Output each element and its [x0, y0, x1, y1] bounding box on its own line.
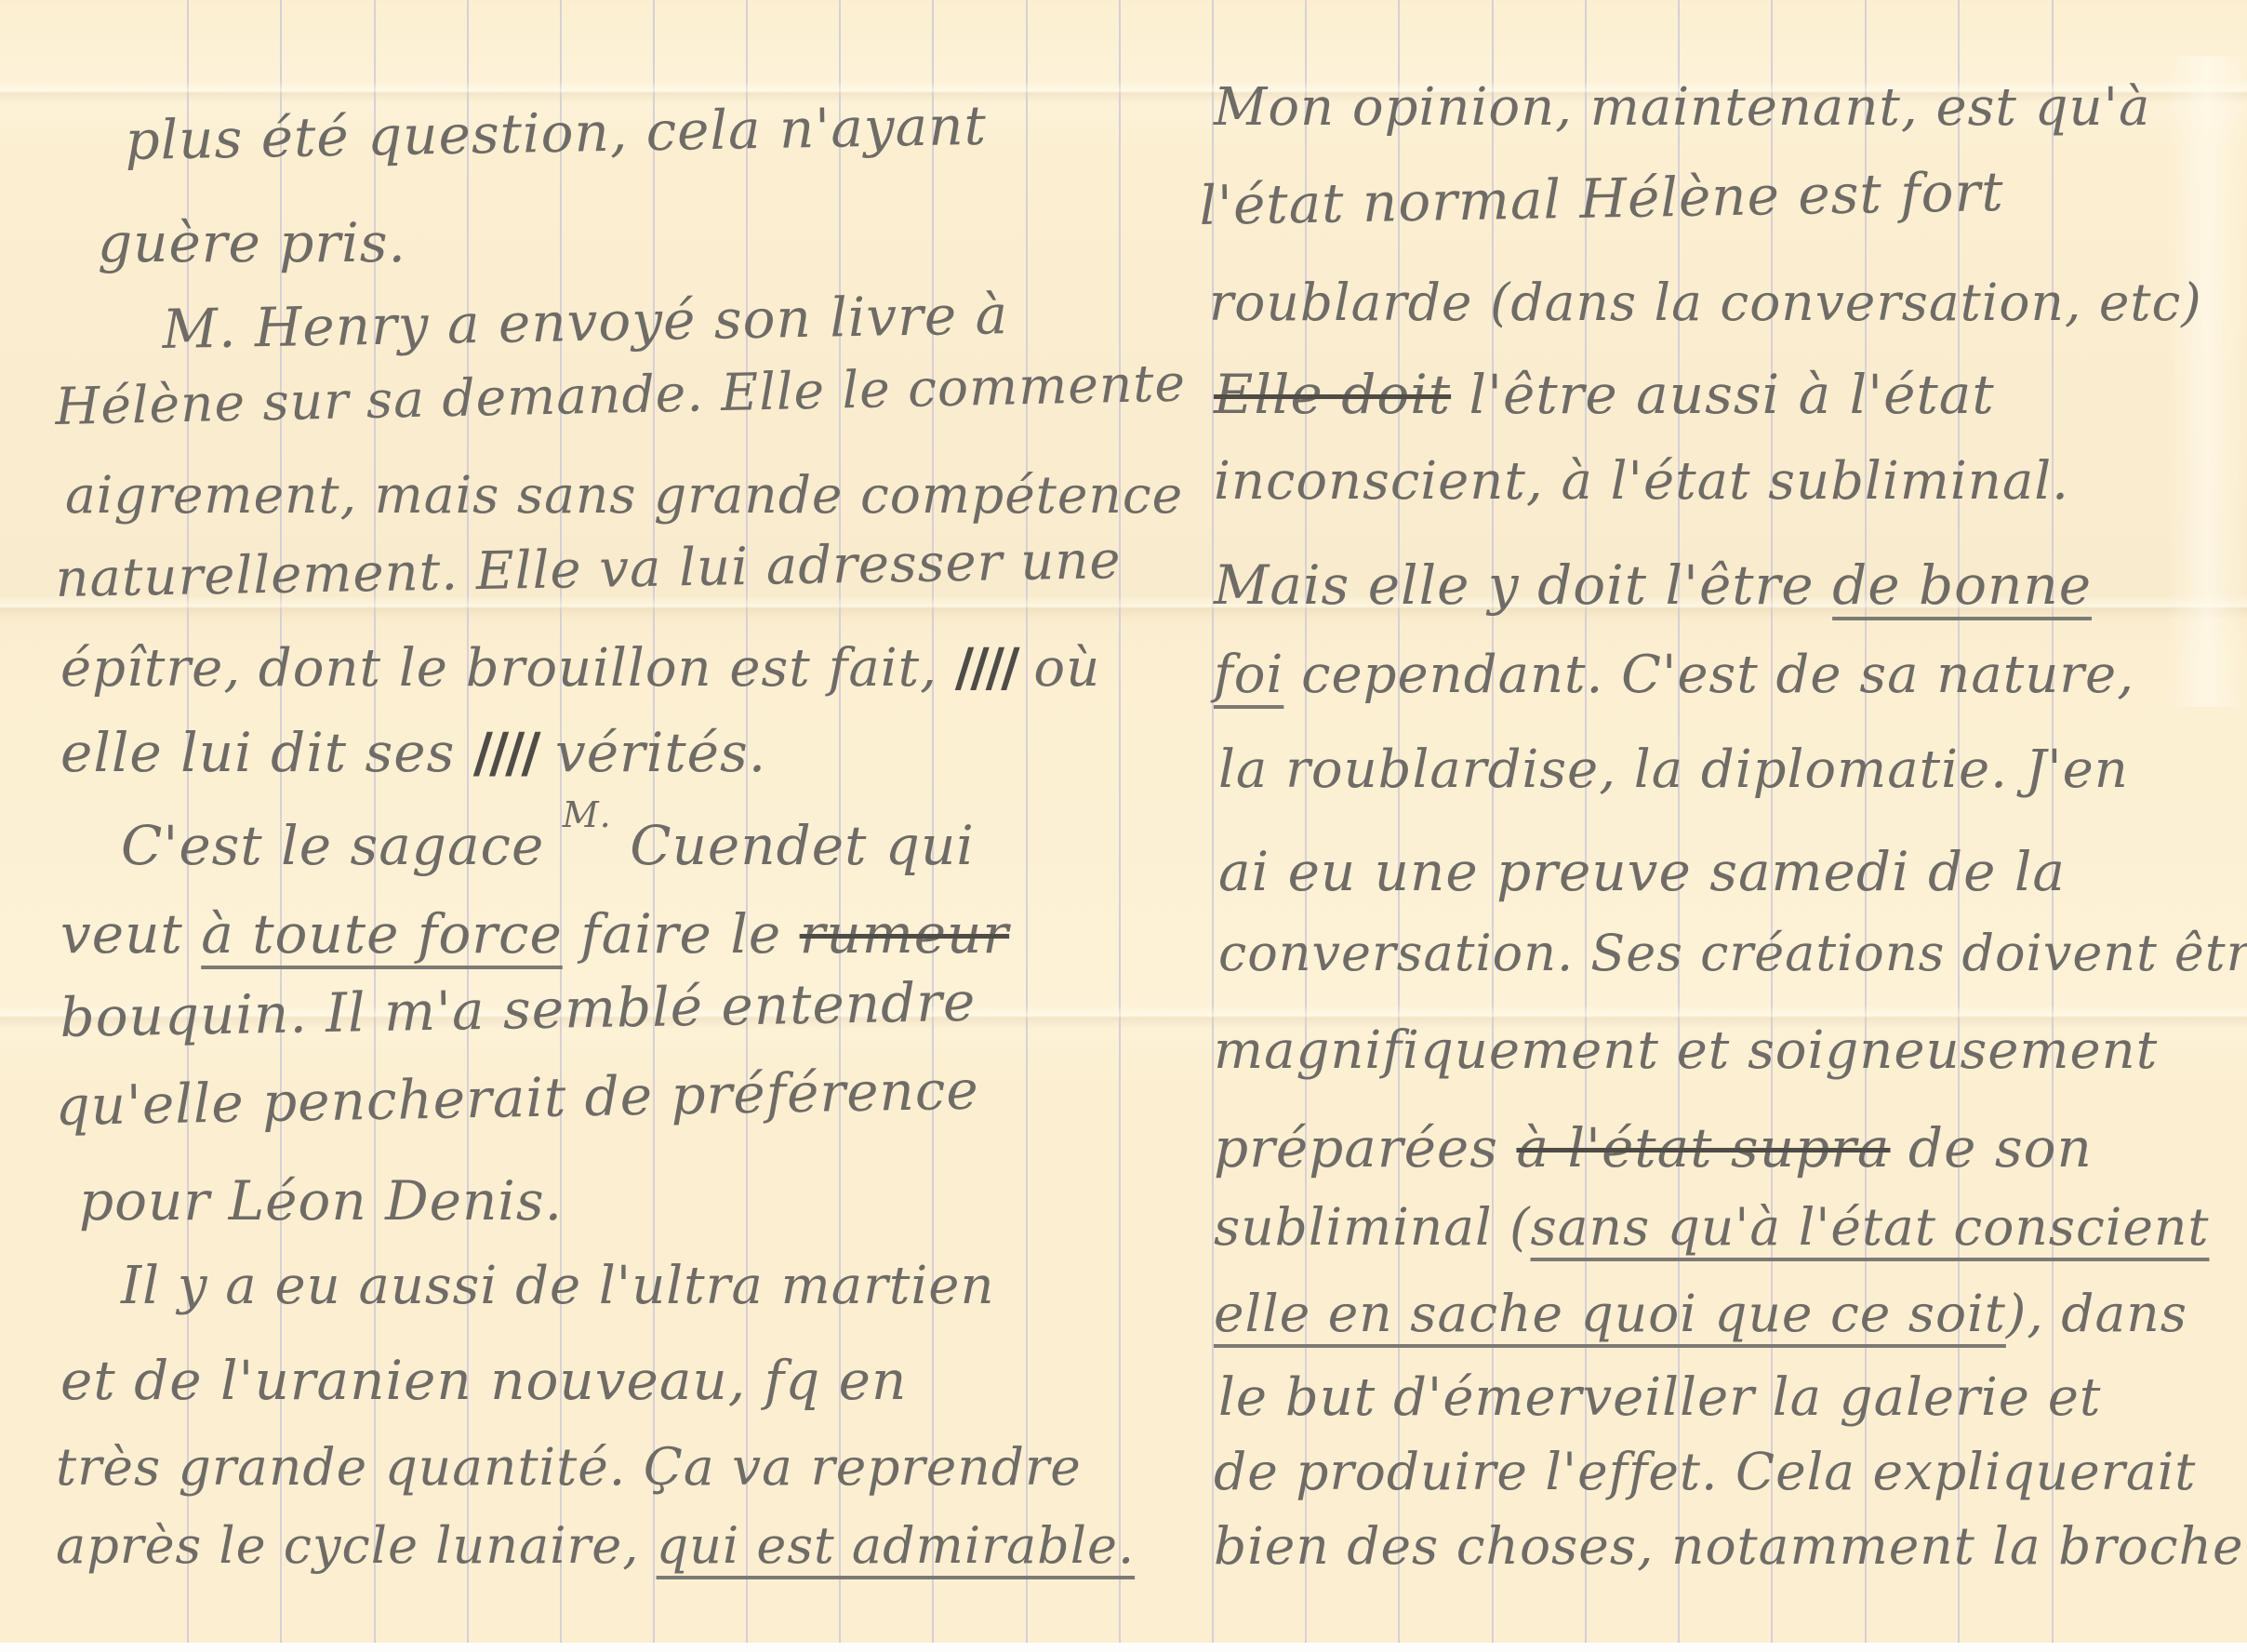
text-line: et de l'uranien nouveau, fq en: [60, 1353, 907, 1407]
line-text: aigrement, mais sans grande compétence: [65, 465, 1183, 525]
text-line: la roublardise, la diplomatie. J'en: [1218, 744, 2129, 796]
line-text: Il y a eu aussi de l'ultra martien: [121, 1256, 995, 1316]
text-line: le but d'émerveiller la galerie et: [1218, 1372, 2101, 1424]
text-line: elle lui dit ses //// vérités.: [60, 726, 766, 779]
line-text: vérités.: [538, 721, 767, 784]
text-line: épître, dont le brouillon est fait, ////…: [60, 642, 1100, 695]
line-text: ), dans: [2006, 1284, 2187, 1343]
line-text: l'être aussi à l'état: [1451, 363, 1995, 426]
superscript-insertion: M.: [563, 794, 612, 835]
ruling-line: [1212, 0, 1214, 1643]
underlined-text: sans qu'à l'état conscient: [1531, 1197, 2210, 1257]
ruling-line: [1119, 0, 1121, 1643]
underlined-text: foi: [1214, 645, 1283, 705]
text-line: pour Léon Denis.: [79, 1174, 563, 1228]
line-text: préparées: [1214, 1116, 1516, 1179]
line-text: guère pris.: [98, 211, 406, 274]
line-text: la roublardise, la diplomatie. J'en: [1218, 739, 2129, 800]
underlined-text: de bonne: [1832, 553, 2092, 617]
line-text: magnifiquement et soigneusement: [1214, 1020, 2158, 1081]
line-text: de son: [1891, 1116, 2093, 1179]
text-line: subliminal (sans qu'à l'état conscient: [1214, 1202, 2209, 1253]
struck-text: à l'état supra: [1516, 1116, 1890, 1179]
line-text: C'est le sagace: [121, 814, 563, 877]
text-line: roublarde (dans la conversation, etc): [1209, 277, 2202, 328]
struck-text: Elle doit: [1214, 363, 1451, 426]
line-text: le but d'émerveiller la galerie et: [1218, 1367, 2101, 1428]
line-text: Hélène sur sa demande. Elle le commente: [55, 353, 1187, 436]
text-line: bouquin. Il m'a semblé entendre: [60, 975, 977, 1045]
underlined-text: elle en sache quoi que ce soit: [1214, 1284, 2006, 1343]
text-line: Mais elle y doit l'être de bonne: [1214, 558, 2092, 612]
struck-text: rumeur: [800, 902, 1009, 966]
text-line: M. Henry a envoyé son livre à: [162, 287, 1009, 356]
line-text: faire le: [563, 902, 800, 966]
text-line: veut à toute force faire le rumeur: [60, 907, 1009, 961]
text-line: bien des choses, notamment la broche: [1214, 1521, 2244, 1572]
text-line: plus été question, cela n'ayant: [125, 99, 987, 167]
line-text: conversation. Ses créations doivent être: [1218, 924, 2247, 982]
line-text: ai eu une preuve samedi de la: [1218, 840, 2066, 903]
text-line: l'état normal Hélène est fort: [1199, 165, 2004, 233]
line-text: pour Léon Denis.: [79, 1169, 563, 1232]
text-line: elle en sache quoi que ce soit), dans: [1214, 1288, 2187, 1339]
text-line: conversation. Ses créations doivent être: [1218, 928, 2247, 979]
line-text: qu'elle pencherait de préférence: [55, 1059, 979, 1138]
line-text: Cuendet qui: [612, 814, 975, 877]
line-text: l'état normal Hélène est fort: [1199, 160, 2004, 237]
scribbled-out-mark: ////: [473, 726, 538, 779]
text-line: préparées à l'état supra de son: [1214, 1121, 2093, 1175]
text-line: Mon opinion, maintenant, est qu'à: [1214, 82, 2150, 134]
underlined-text: à toute force: [201, 902, 563, 966]
line-text: bien des choses, notamment la broche: [1214, 1516, 2244, 1576]
text-line: foi cependant. C'est de sa nature,: [1214, 649, 2134, 701]
text-line: guère pris.: [98, 216, 406, 270]
manuscript-page: plus été question, cela n'ayant guère pr…: [0, 0, 2247, 1643]
text-line: qu'elle pencherait de préférence: [55, 1063, 979, 1133]
text-line: Il y a eu aussi de l'ultra martien: [121, 1260, 995, 1312]
line-text: épître, dont le brouillon est fait,: [60, 638, 955, 699]
line-text: inconscient, à l'état subliminal.: [1214, 451, 2069, 512]
scribbled-out-mark: ////: [955, 642, 1017, 694]
paper-fold: [2167, 56, 2247, 707]
text-line: aigrement, mais sans grande compétence: [65, 470, 1183, 521]
line-text: M. Henry a envoyé son livre à: [162, 283, 1009, 361]
line-text: de produire l'effet. Cela expliquerait: [1214, 1442, 2196, 1501]
underlined-text: qui est admirable.: [657, 1516, 1136, 1575]
line-text: elle lui dit ses: [60, 721, 473, 784]
text-line: magnifiquement et soigneusement: [1214, 1025, 2158, 1077]
line-text: cependant. C'est de sa nature,: [1283, 645, 2134, 705]
text-line: très grande quantité. Ça va reprendre: [56, 1442, 1082, 1493]
text-line: Elle doit l'être aussi à l'état: [1214, 367, 1995, 421]
line-text: plus été question, cela n'ayant: [125, 94, 988, 172]
line-text: veut: [60, 902, 201, 966]
line-text: où: [1017, 638, 1101, 699]
text-line: Hélène sur sa demande. Elle le commente: [55, 358, 1187, 433]
text-line: C'est le sagace M. Cuendet qui: [121, 819, 975, 873]
line-text: subliminal (: [1214, 1197, 1531, 1257]
line-text: roublarde (dans la conversation, etc): [1209, 273, 2202, 332]
line-text: Mon opinion, maintenant, est qu'à: [1214, 77, 2150, 138]
text-line: inconscient, à l'état subliminal.: [1214, 456, 2069, 508]
line-text: Mais elle y doit l'être: [1214, 553, 1832, 617]
line-text: après le cycle lunaire,: [56, 1516, 657, 1575]
ruling-line: [1026, 0, 1028, 1643]
line-text: très grande quantité. Ça va reprendre: [56, 1437, 1082, 1497]
text-line: après le cycle lunaire, qui est admirabl…: [56, 1521, 1135, 1571]
text-line: ai eu une preuve samedi de la: [1218, 845, 2066, 899]
text-line: de produire l'effet. Cela expliquerait: [1214, 1446, 2196, 1498]
line-text: et de l'uranien nouveau, fq en: [60, 1349, 907, 1412]
